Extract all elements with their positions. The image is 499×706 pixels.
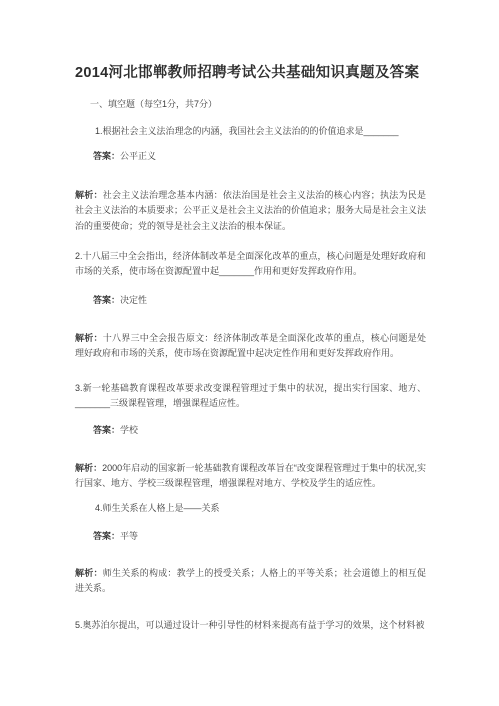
answer-1: 答案：公平正义 <box>75 149 426 165</box>
analysis-4: 解析：师生关系的构成：教学上的授受关系；人格上的平等关系；社会道德上的相互促进关… <box>75 566 426 597</box>
analysis-2: 解析：十八界三中全会报告原文：经济体制改革是全面深化改革的重点，核心问题是处理好… <box>75 331 426 362</box>
document-title: 2014河北邯郸教师招聘考试公共基础知识真题及答案 <box>75 0 426 84</box>
document-page: 2014河北邯郸教师招聘考试公共基础知识真题及答案 一、填空题（每空1分，共7分… <box>0 0 499 706</box>
answer-1-value: 公平正义 <box>120 151 156 161</box>
answer-4-value: 平等 <box>120 531 138 541</box>
answer-4: 答案：平等 <box>75 529 426 545</box>
analysis-3-label: 解析： <box>75 463 102 473</box>
question-2: 2.十八届三中全会指出，经济体制改革是全面深化改革的重点，核心问题是处理好政府和… <box>75 249 426 280</box>
answer-3-value: 学校 <box>120 425 138 435</box>
answer-2: 答案：决定性 <box>75 293 426 309</box>
document-content: 2014河北邯郸教师招聘考试公共基础知识真题及答案 一、填空题（每空1分，共7分… <box>75 0 426 633</box>
analysis-1-text: 社会主义法治理念基本内涵：依法治国是社会主义法治的核心内容；执法为民是社会主义法… <box>75 190 426 231</box>
question-4: 4.师生关系在人格上是——关系 <box>75 501 426 517</box>
analysis-4-text: 师生关系的构成：教学上的授受关系；人格上的平等关系；社会道德上的相互促进关系。 <box>75 568 426 594</box>
analysis-3-text: 2000年启动的国家新一轮基础教育课程改革旨在“改变课程管理过于集中的状况,实行… <box>75 463 426 489</box>
answer-2-value: 决定性 <box>120 295 147 305</box>
answer-4-label: 答案： <box>93 531 120 541</box>
analysis-1-label: 解析： <box>75 190 103 200</box>
analysis-3: 解析：2000年启动的国家新一轮基础教育课程改革旨在“改变课程管理过于集中的状况… <box>75 461 426 492</box>
question-1: 1.根据社会主义法治理念的内涵，我国社会主义法治的的价值追求是_______ <box>75 124 426 140</box>
analysis-2-label: 解析： <box>75 333 103 343</box>
question-3: 3.新一轮基础教育课程改革要求改变课程管理过于集中的状况，提出实行国家、地方、_… <box>75 381 426 412</box>
answer-3-label: 答案： <box>93 425 120 435</box>
answer-2-label: 答案： <box>93 295 120 305</box>
answer-3: 答案：学校 <box>75 423 426 439</box>
question-5: 5.奥苏泊尔提出，可以通过设计一种引导性的材料来提高有益于学习的效果，这个材料被 <box>75 618 426 634</box>
answer-1-label: 答案： <box>93 151 120 161</box>
analysis-4-label: 解析： <box>75 568 103 578</box>
analysis-2-text: 十八界三中全会报告原文：经济体制改革是全面深化改革的重点，核心问题是处理好政府和… <box>75 333 426 359</box>
section-heading: 一、填空题（每空1分，共7分） <box>75 97 426 113</box>
analysis-1: 解析：社会主义法治理念基本内涵：依法治国是社会主义法治的核心内容；执法为民是社会… <box>75 188 426 235</box>
